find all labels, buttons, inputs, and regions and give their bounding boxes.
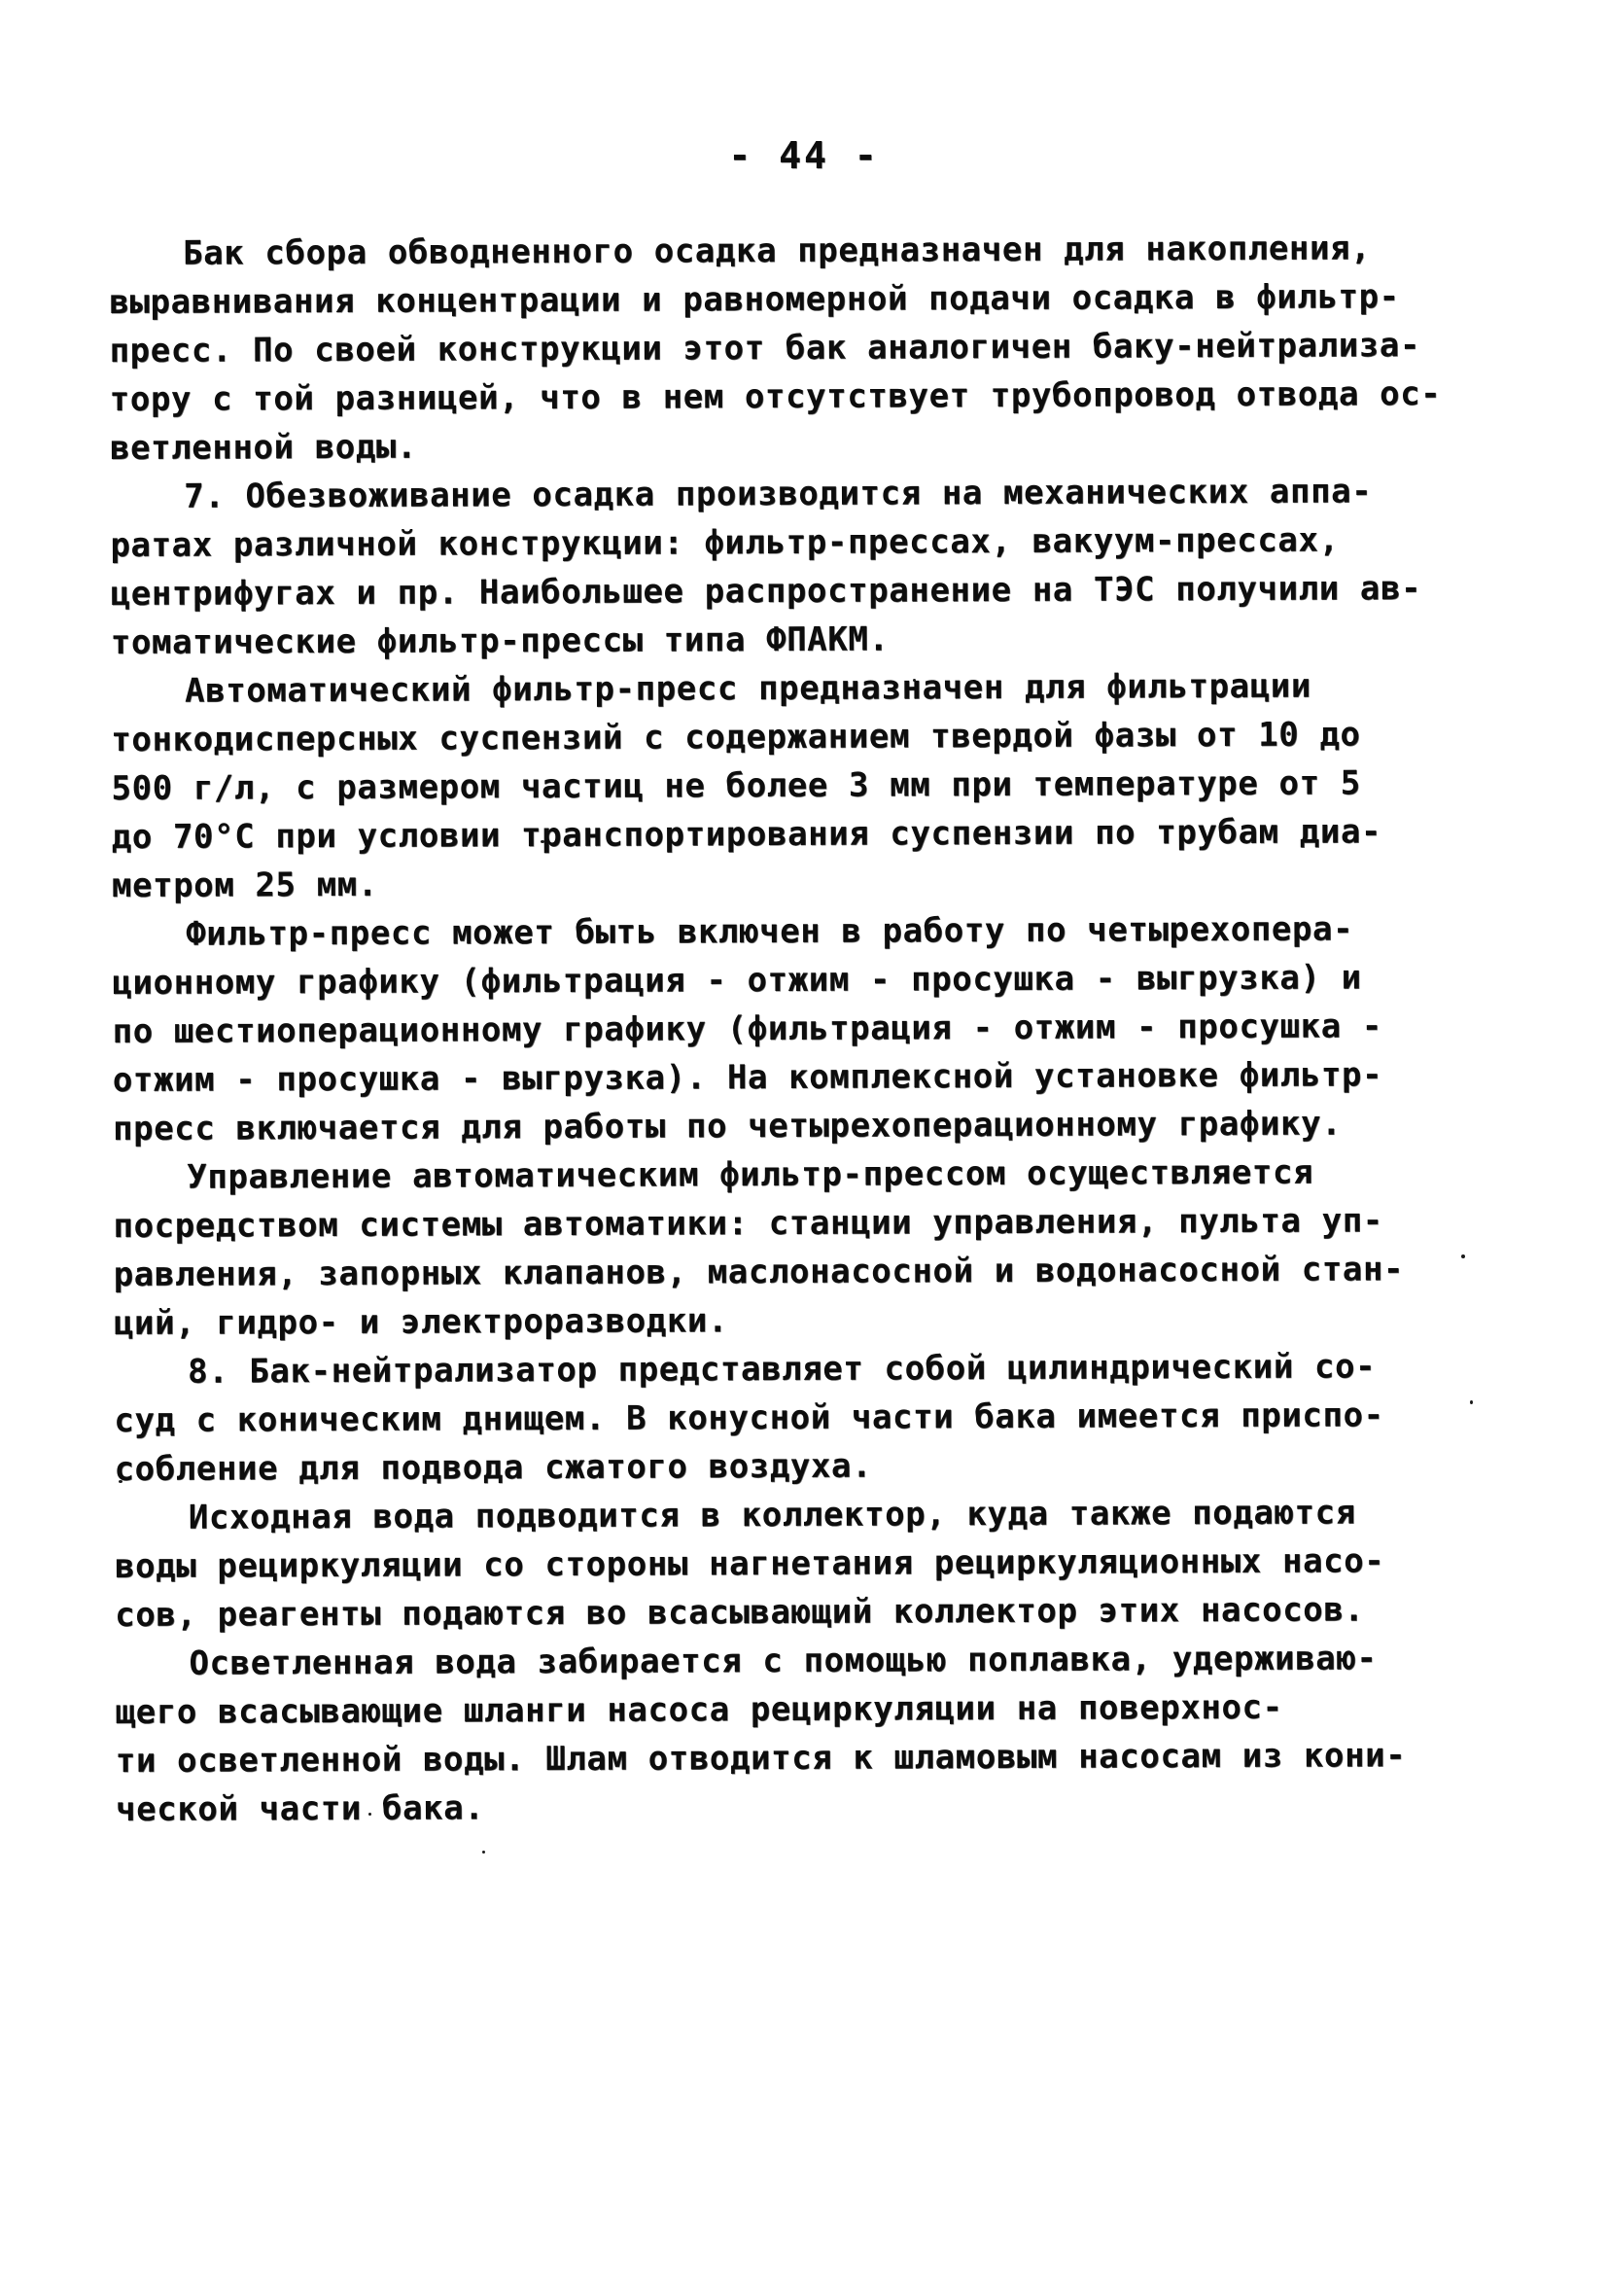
document-body: Бак сбора обводненного осадка предназнач… [109, 224, 1477, 1834]
text-line: Исходная вода подводится в коллектор, ку… [115, 1488, 1476, 1542]
text-line: Управление автоматическим фильтр-прессом… [113, 1148, 1474, 1202]
scan-speck [1461, 1254, 1465, 1258]
text-line: ционному графику (фильтрация - отжим - п… [112, 953, 1473, 1007]
scanned-page: - 44 - Бак сбора обводненного осадка пре… [0, 0, 1608, 2296]
paragraph: 8. Бак-нейтрализатор представляет собой … [114, 1342, 1476, 1494]
text-line: Фильтр-пресс может быть включен в работу… [112, 904, 1473, 959]
text-line: суд с коническим днищем. В конусной част… [114, 1391, 1475, 1445]
text-line: тонкодисперсных суспензий с содержанием … [111, 710, 1472, 764]
text-line: 500 г/л, с размером частиц не более 3 мм… [111, 759, 1472, 813]
text-line: пресс включается для работы по четырехоп… [113, 1099, 1474, 1153]
text-line: посредством системы автоматики: станции … [113, 1196, 1474, 1251]
text-line: ций, гидро- и электроразводки. [114, 1293, 1475, 1348]
text-line: собление для подвода сжатого воздуха. [114, 1439, 1475, 1494]
scan-speck [482, 1851, 485, 1854]
text-line: томатические фильтр-прессы типа ФПАКМ. [111, 613, 1472, 667]
scan-speck [913, 679, 916, 682]
text-line: 7. Обезвоживание осадка производится на … [110, 467, 1471, 521]
text-line: тору с той разницей, что в нем отсутству… [110, 370, 1471, 424]
text-line: центрифугах и пр. Наибольшее распростран… [111, 564, 1472, 618]
paragraph: Управление автоматическим фильтр-прессом… [113, 1148, 1475, 1348]
text-line: пресс. По своей конструкции этот бак ана… [109, 321, 1470, 375]
paragraph: Фильтр-пресс может быть включен в работу… [112, 904, 1474, 1153]
text-line: воды рециркуляции со стороны нагнетания … [115, 1537, 1476, 1591]
text-line: отжим - просушка - выгрузка). На комплек… [113, 1050, 1474, 1105]
text-line: до 70°С при условии транспортирования су… [112, 807, 1473, 862]
paragraph: 7. Обезвоживание осадка производится на … [110, 467, 1472, 667]
text-line: 8. Бак-нейтрализатор представляет собой … [114, 1342, 1475, 1396]
paragraph: Осветленная вода забирается с помощью по… [115, 1634, 1477, 1834]
text-line: Осветленная вода забирается с помощью по… [115, 1634, 1476, 1688]
scan-speck [1470, 1400, 1473, 1404]
text-line: щего всасывающие шланги насоса рециркуля… [116, 1682, 1477, 1737]
text-line: метром 25 мм. [112, 856, 1473, 910]
text-line: выравнивания концентрации и равномерной … [109, 272, 1470, 327]
text-line: по шестиоперационному графику (фильтраци… [112, 1002, 1473, 1056]
paragraph: Бак сбора обводненного осадка предназнач… [109, 224, 1471, 473]
paragraph: Автоматический фильтр-пресс предназначен… [111, 661, 1473, 910]
text-line: Бак сбора обводненного осадка предназнач… [109, 224, 1470, 278]
text-line: ветленной воды. [110, 418, 1471, 473]
text-line: ратах различной конструкции: фильтр-прес… [110, 515, 1471, 570]
text-line: ческой части бака. [116, 1780, 1477, 1834]
text-line: равления, запорных клапанов, маслонасосн… [114, 1245, 1475, 1299]
paragraph: Исходная вода подводится в коллектор, ку… [115, 1488, 1477, 1640]
text-line: сов, реагенты подаются во всасывающий ко… [115, 1585, 1476, 1640]
scan-speck [1226, 300, 1230, 303]
scan-speck [368, 1813, 371, 1816]
text-line: Автоматический фильтр-пресс предназначен… [111, 661, 1472, 716]
page-number: - 44 - [0, 134, 1608, 177]
text-line: ти осветленной воды. Шлам отводится к шл… [116, 1731, 1477, 1785]
scan-speck [541, 840, 544, 843]
scan-speck [119, 1480, 122, 1483]
